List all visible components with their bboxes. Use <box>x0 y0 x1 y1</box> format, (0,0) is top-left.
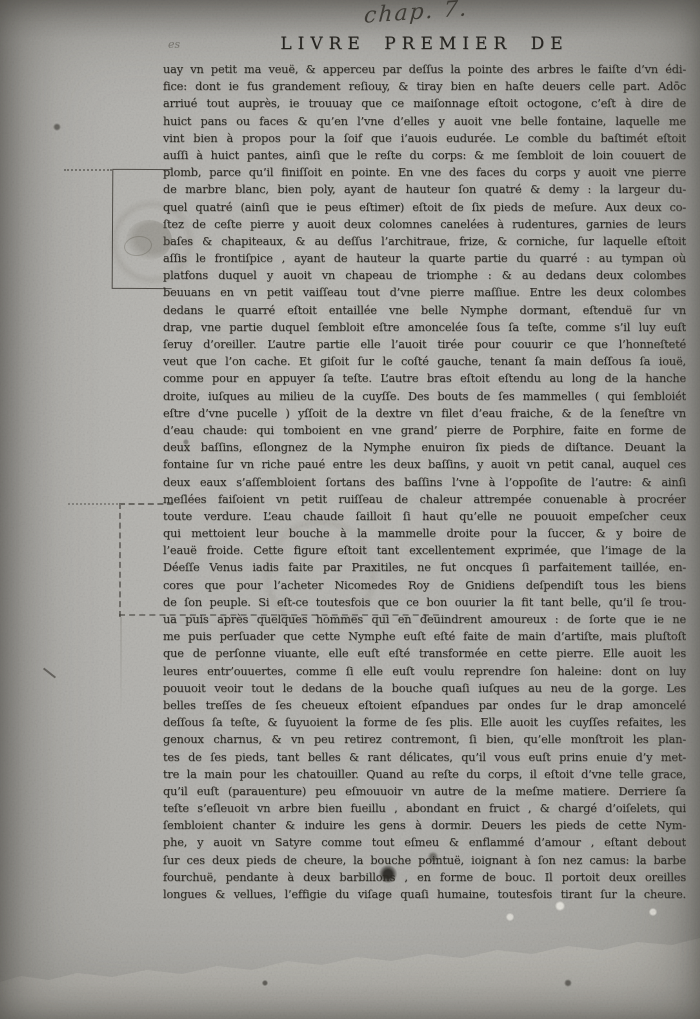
text-line: ſeruy d’oreiller. L’autre partie elle l’… <box>163 336 686 353</box>
text-line: auſſi à huict pantes, ainſi que le reſte… <box>163 147 686 164</box>
text-line: belles treſſes de ſes cheueux eſtoient e… <box>163 697 686 714</box>
text-line: platfons duquel y auoit vn chapeau de tr… <box>163 267 686 284</box>
text-line: tre la main pour les chatouiller. Quand … <box>163 766 686 783</box>
text-line: ſur ces deux pieds de cheure, la bouche … <box>163 852 686 869</box>
text-line: dedans le quarré eſtoit entaillée vne be… <box>163 302 686 319</box>
text-line: fice: dont ie fus grandement reſiouy, & … <box>163 78 686 95</box>
text-line: comme pour en appuyer ſa teſte. L’autre … <box>163 370 686 387</box>
text-line: ſtez de ceſte pierre y auoit deux colomn… <box>163 216 686 233</box>
text-line: qui mettoient leur bouche à la mammelle … <box>163 525 686 542</box>
text-line: genoux charnus, & vn peu retirez contrem… <box>163 731 686 748</box>
text-line: huict pans ou faces & qu’en l’vne d’elle… <box>163 113 686 130</box>
text-line: plomb, parce qu’il finiſſoit en pointe. … <box>163 164 686 181</box>
running-header: LIVRE PREMIER DE <box>163 34 686 54</box>
text-line: deux baſſins, eſlongnez de la Nymphe enu… <box>163 439 686 456</box>
reader-ink-bracket-1-extension <box>64 169 112 171</box>
text-line: beuuans en vn petit vaiſſeau tout d’vne … <box>163 284 686 301</box>
paper-crease <box>120 617 122 717</box>
body-text-block: uay vn petit ma veuë, & apperceu par deſ… <box>163 61 686 903</box>
text-line: deſſous ſa teſte, & ſuyuoient la forme d… <box>163 714 686 731</box>
text-line: l’eauë froide. Cette figure eſtoit tant … <box>163 542 686 559</box>
scanned-book-page: chap. 7. es LIVRE PREMIER DE uay vn peti… <box>0 0 700 1019</box>
text-line: teſte s’eſleuoit vn arbre bien fueillu ,… <box>163 800 686 817</box>
text-line: pouuoit veoir tout le dedans de la bouch… <box>163 680 686 697</box>
reader-underline-mark <box>119 614 439 616</box>
text-line: uay vn petit ma veuë, & apperceu par deſ… <box>163 61 686 78</box>
text-line: aſſis le frontiſpice , ayant de hauteur … <box>163 250 686 267</box>
text-line: fourchuë, pendante à deux barbillons , e… <box>163 869 686 886</box>
text-line: quel quatré (ainſi que ie peus eſtimer) … <box>163 199 686 216</box>
text-line: veut que l’on cache. Et giſoit ſur le co… <box>163 353 686 370</box>
margin-pen-tick <box>43 668 56 679</box>
text-line: qu’il euſt (parauenture) peu eſmouuoir v… <box>163 783 686 800</box>
text-line: vint bien à propos pour la ſoif que i’au… <box>163 130 686 147</box>
bottom-water-stain <box>0 930 700 1019</box>
text-line: longues & vellues, l’effigie du viſage q… <box>163 886 686 903</box>
text-line: cores que pour l’acheter Nicomedes Roy d… <box>163 577 686 594</box>
text-line: drap, vne partie duquel ſembloit eſtre a… <box>163 319 686 336</box>
text-line: Déeſſe Venus iadis faite par Praxitiles,… <box>163 559 686 576</box>
text-line: eſtre d’vne pucelle ) yſſoit de la dextr… <box>163 405 686 422</box>
text-line: phe, y auoit vn Satyre comme tout eſmeu … <box>163 834 686 851</box>
reader-ink-bracket-2-extension <box>68 503 118 505</box>
text-line: que de perſonne viuante, elle euſt eſté … <box>163 645 686 662</box>
text-line: fontaine ſur vn riche paué entre les deu… <box>163 456 686 473</box>
text-line: de ſon peuple. Si eſt-ce toutesfois que … <box>163 594 686 611</box>
text-line: de marbre blanc, bien poly, ayant de hau… <box>163 181 686 198</box>
text-line: meſlées faiſoient vn petit ruiſſeau de c… <box>163 491 686 508</box>
text-line: leures entr’ouuertes, comme ſi elle euſt… <box>163 663 686 680</box>
text-line: baſes & chapiteaux, & au deſſus l’archit… <box>163 233 686 250</box>
text-line: toute verdure. L’eau chaude ſailloit ſi … <box>163 508 686 525</box>
text-line: me puis perſuader que cette Nymphe euſt … <box>163 628 686 645</box>
text-line: deux eaux s’aſſembloient ſortans des baſ… <box>163 474 686 491</box>
text-line: arriué tout auprès, ie trouuay que ce ma… <box>163 95 686 112</box>
text-line: tes de ſes pieds, tant belles & rant dél… <box>163 749 686 766</box>
text-line: droite, iuſques au milieu de la cuyſſe. … <box>163 388 686 405</box>
reader-ink-bracket-2 <box>119 503 173 617</box>
text-line: ſembloient chanter & induire les gens à … <box>163 817 686 834</box>
text-line: d’eau chaude: qui tomboient en vne grand… <box>163 422 686 439</box>
